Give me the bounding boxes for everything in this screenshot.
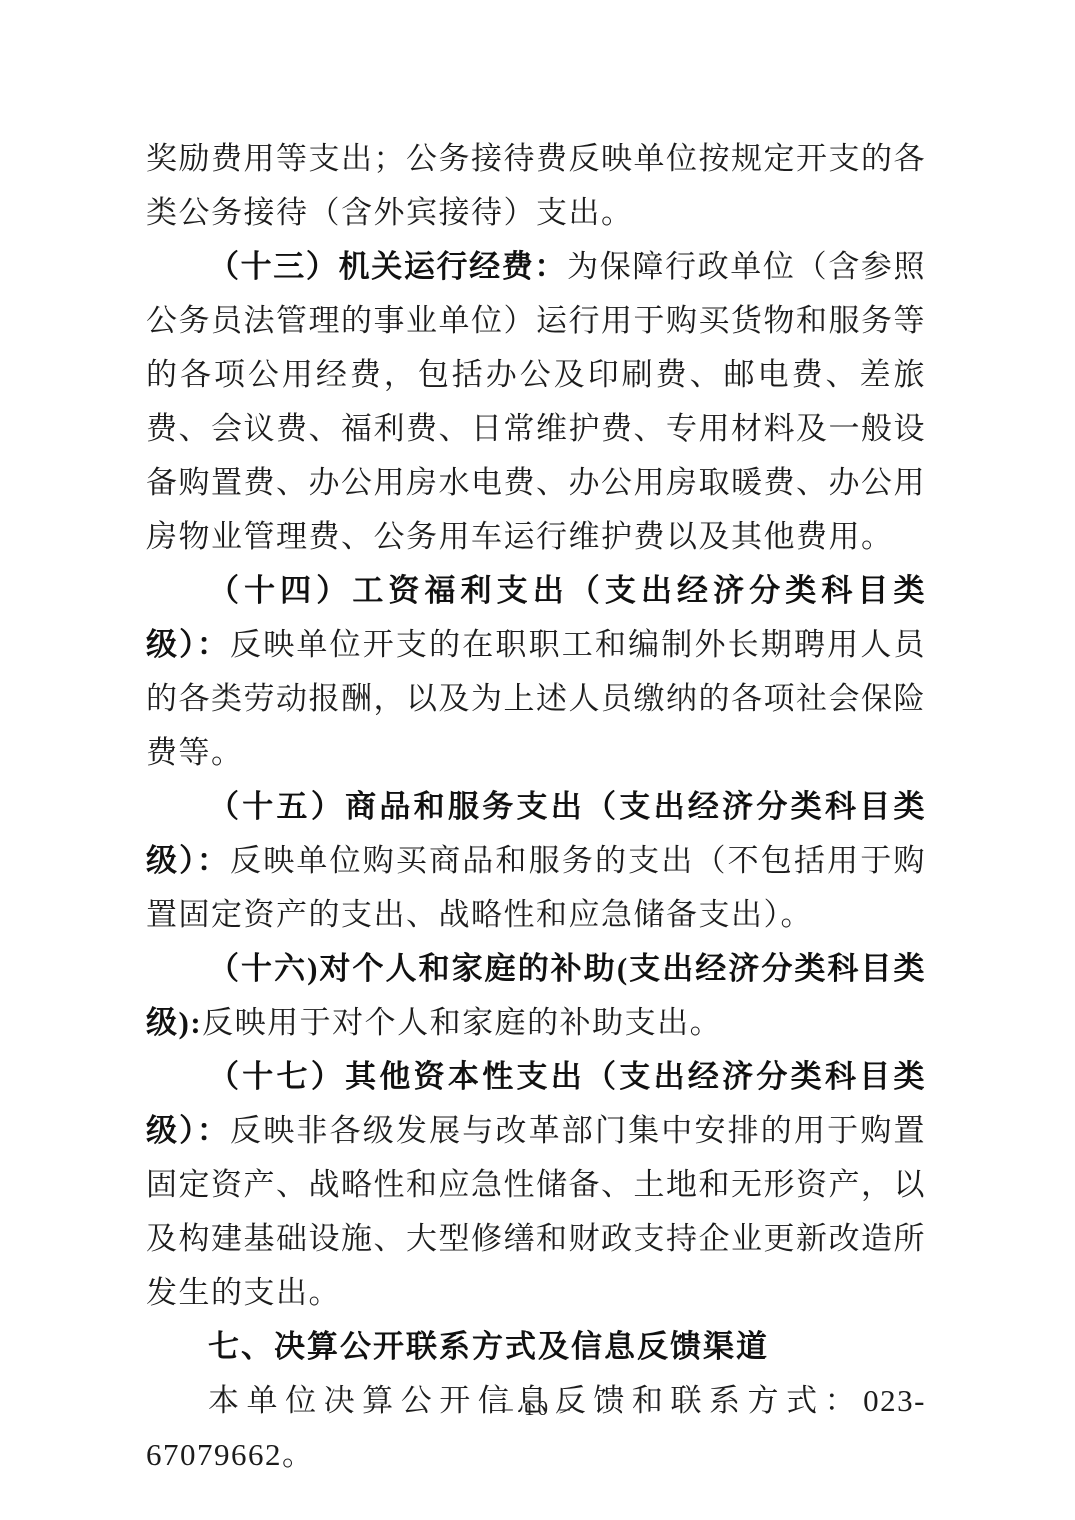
emphasized-term: （十三）机关运行经费： — [208, 249, 567, 284]
paragraph: （十六)对个人和家庭的补助(支出经济分类科目类级):反映用于对个人和家庭的补助支… — [146, 942, 926, 1050]
paragraph: （十三）机关运行经费：为保障行政单位（含参照公务员法管理的事业单位）运行用于购买… — [146, 240, 926, 564]
paragraph-text: 反映用于对个人和家庭的补助支出。 — [202, 1005, 722, 1040]
document-page: 奖励费用等支出；公务接待费反映单位按规定开支的各类公务接待（含外宾接待）支出。（… — [0, 0, 1075, 1520]
page-number: – 10 – — [0, 1396, 1075, 1421]
paragraph: 本单位决算公开信息反馈和联系方式：023-67079662。 — [146, 1374, 926, 1482]
section-heading: 七、决算公开联系方式及信息反馈渠道 — [146, 1320, 926, 1374]
paragraph: （十四）工资福利支出（支出经济分类科目类级）：反映单位开支的在职职工和编制外长期… — [146, 564, 926, 780]
paragraph: 奖励费用等支出；公务接待费反映单位按规定开支的各类公务接待（含外宾接待）支出。 — [146, 132, 926, 240]
paragraph-text: 反映单位开支的在职职工和编制外长期聘用人员的各类劳动报酬，以及为上述人员缴纳的各… — [146, 627, 926, 770]
document-body: 奖励费用等支出；公务接待费反映单位按规定开支的各类公务接待（含外宾接待）支出。（… — [146, 132, 926, 1482]
paragraph: （十五）商品和服务支出（支出经济分类科目类级）：反映单位购买商品和服务的支出（不… — [146, 780, 926, 942]
paragraph-text: 为保障行政单位（含参照公务员法管理的事业单位）运行用于购买货物和服务等的各项公用… — [146, 249, 926, 554]
paragraph-text: 反映单位购买商品和服务的支出（不包括用于购置固定资产的支出、战略性和应急储备支出… — [146, 843, 926, 932]
paragraph-text: 反映非各级发展与改革部门集中安排的用于购置固定资产、战略性和应急性储备、土地和无… — [146, 1113, 926, 1310]
paragraph-text: 奖励费用等支出；公务接待费反映单位按规定开支的各类公务接待（含外宾接待）支出。 — [146, 141, 926, 230]
paragraph: （十七）其他资本性支出（支出经济分类科目类级）：反映非各级发展与改革部门集中安排… — [146, 1050, 926, 1320]
emphasized-term: 七、决算公开联系方式及信息反馈渠道 — [208, 1329, 769, 1364]
